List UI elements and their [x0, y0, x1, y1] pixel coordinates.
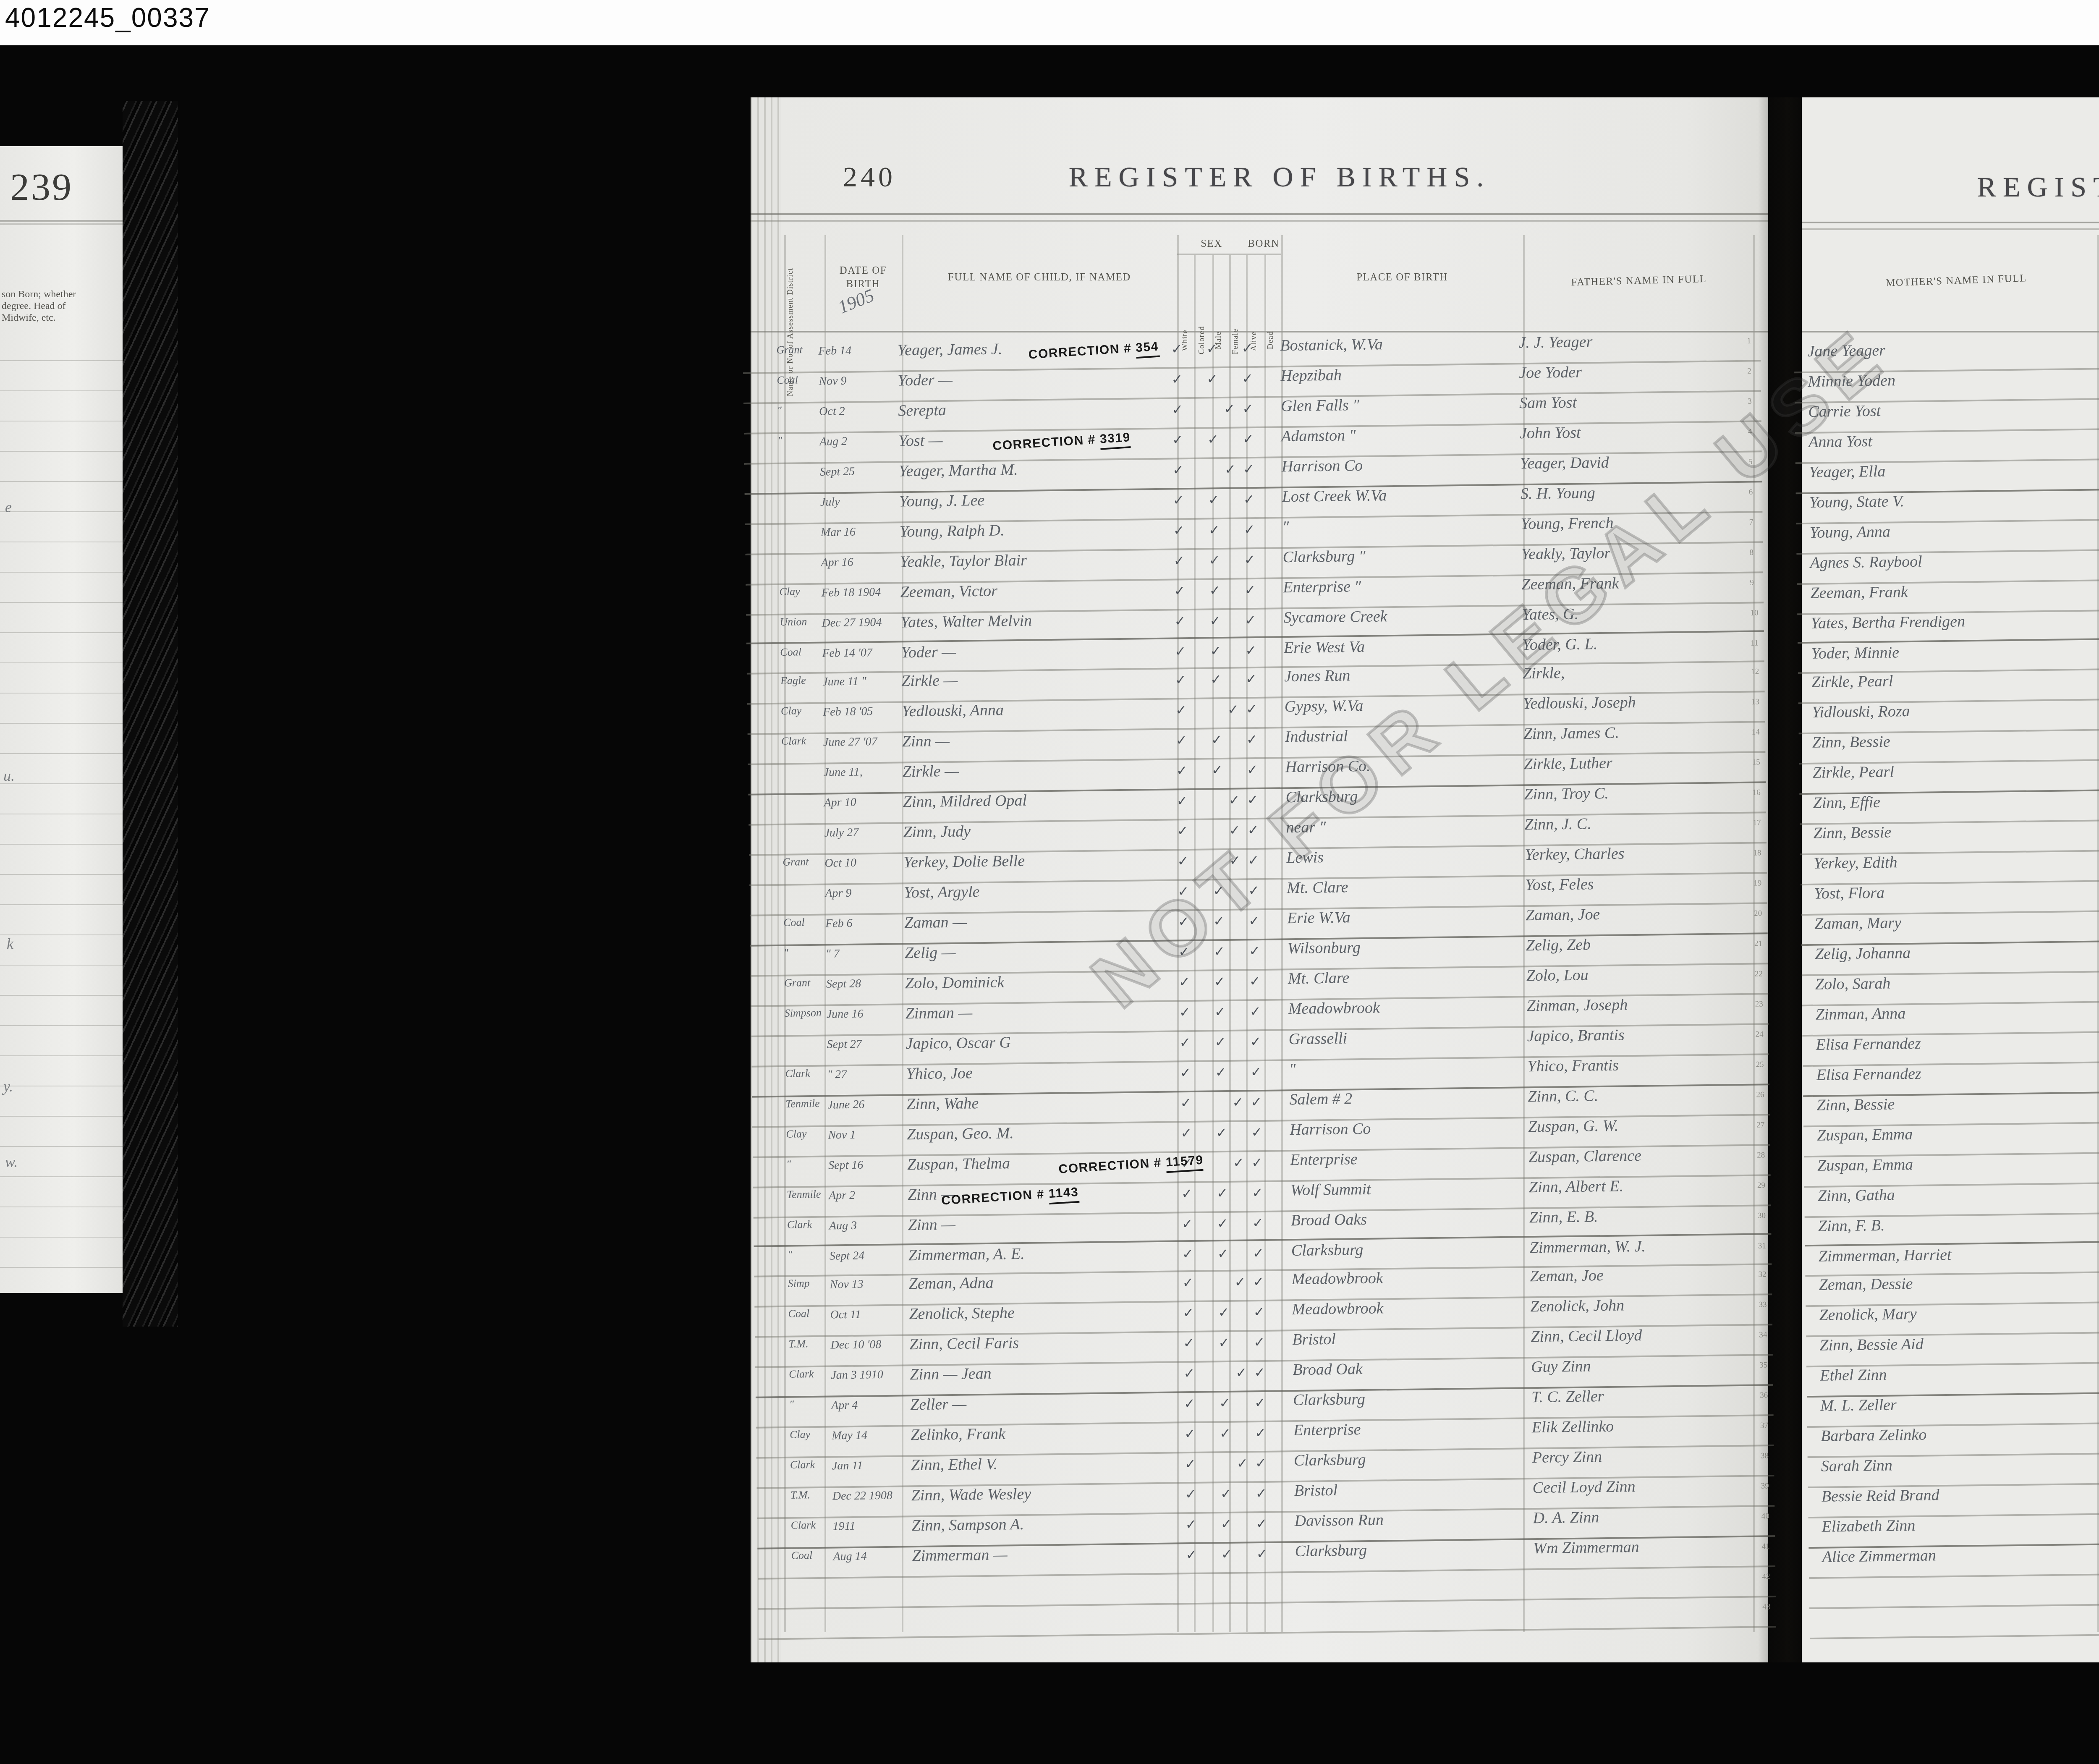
- district-cell: [782, 767, 822, 767]
- father-name-cell: Japico, Brantis: [1527, 1028, 1625, 1046]
- child-name-cell: Zinn, Wade Wesley: [911, 1487, 1031, 1505]
- birth-date-cell: Jan 3 1910: [831, 1369, 906, 1383]
- check-alive: ✓: [1252, 1215, 1264, 1230]
- check-alive: ✓: [1244, 552, 1255, 567]
- child-name-cell: Zinman —: [906, 1006, 973, 1023]
- district-cell: Coal: [791, 1550, 831, 1562]
- check-alive: ✓: [1250, 1034, 1261, 1049]
- district-cell: [778, 495, 819, 496]
- district-cell: T.M.: [790, 1490, 831, 1502]
- check-alive: ✓: [1251, 1094, 1262, 1110]
- column-header-date: DATE OF BIRTH: [824, 265, 902, 291]
- row-number: 10: [1750, 610, 1758, 618]
- check-alive: ✓: [1246, 733, 1258, 748]
- child-name-cell: Zinn —: [908, 1217, 955, 1234]
- handwriting-fragment: w.: [5, 1154, 18, 1170]
- child-name-cell: Zinn, Wahe: [906, 1096, 979, 1114]
- father-name-cell: Zuspan, Clarence: [1528, 1148, 1641, 1166]
- father-name-cell: Zinn, Cecil Lloyd: [1531, 1329, 1642, 1347]
- child-name-cell: Zelinko, Frank: [911, 1427, 1005, 1445]
- place-of-birth-cell: Clarksburg ″: [1282, 549, 1366, 566]
- check-white: ✓: [1186, 1547, 1197, 1562]
- district-cell: Coal: [783, 917, 824, 929]
- district-cell: Clark: [790, 1460, 830, 1472]
- child-name-cell: Zeeman, Victor: [900, 584, 997, 602]
- place-of-birth-cell: Glen Falls ″: [1281, 398, 1359, 416]
- district-cell: ″: [777, 435, 818, 447]
- how-many-cell: 1: [2097, 522, 2099, 537]
- place-of-birth-cell: Sycamore Creek: [1283, 609, 1387, 627]
- how-many-cell: 1: [2095, 371, 2099, 387]
- handwriting-fragment: e: [5, 499, 12, 516]
- check-male: ✓: [1220, 1426, 1231, 1442]
- birth-date-cell: ″ 27: [827, 1067, 903, 1081]
- check-alive: ✓: [1249, 944, 1260, 959]
- birth-date-cell: Sept 27: [827, 1037, 902, 1051]
- check-alive: ✓: [1256, 1516, 1267, 1531]
- check-male: ✓: [1216, 1125, 1227, 1140]
- father-name-cell: Zelig, Zeb: [1526, 938, 1591, 955]
- birth-date-cell: Oct 2: [819, 404, 895, 418]
- check-alive: ✓: [1246, 673, 1257, 688]
- check-white: ✓: [1186, 1517, 1197, 1532]
- birth-date-cell: Nov 13: [830, 1278, 906, 1292]
- check-white: ✓: [1171, 372, 1183, 387]
- check-male: ✓: [1209, 522, 1220, 537]
- district-cell: [779, 525, 819, 526]
- place-of-birth-cell: Broad Oaks: [1291, 1212, 1367, 1230]
- child-name-cell: Yerkey, Dolie Belle: [903, 854, 1025, 873]
- check-male: ✓: [1207, 372, 1218, 387]
- check-white: ✓: [1173, 462, 1184, 477]
- check-white: ✓: [1180, 1095, 1191, 1110]
- birth-date-cell: Feb 14: [818, 344, 894, 358]
- check-female: ✓: [1233, 1155, 1244, 1170]
- birth-date-cell: Dec 10 '08: [830, 1338, 906, 1353]
- child-name-cell: Zimmerman —: [912, 1548, 1007, 1566]
- handwriting-fragment: u.: [3, 767, 15, 784]
- father-name-cell: J. J. Yeager: [1518, 335, 1592, 353]
- correction-number: 11579: [1165, 1152, 1204, 1172]
- mother-name-cell: Zeman, Dessie: [1819, 1278, 1913, 1296]
- birth-date-cell: July: [820, 494, 896, 508]
- check-female: ✓: [1227, 703, 1239, 718]
- child-name-cell: Yates, Walter Melvin: [900, 613, 1032, 632]
- place-of-birth-cell: Clarksburg: [1295, 1544, 1367, 1561]
- place-of-birth-cell: Jones Run: [1284, 670, 1350, 687]
- check-white: ✓: [1173, 553, 1185, 568]
- check-alive: ✓: [1246, 703, 1257, 718]
- place-of-birth-cell: Lost Creek W.Va: [1282, 488, 1387, 506]
- header-fragment: Midwife, etc.: [2, 314, 56, 324]
- place-of-birth-cell: Bostanick, W.Va: [1280, 338, 1383, 356]
- district-cell: [791, 1580, 832, 1581]
- mother-name-cell: M. L. Zeller: [1820, 1399, 1897, 1416]
- scan-id-label: 4012245_00337: [5, 5, 210, 35]
- child-name-cell: Zinn, Ethel V.: [911, 1458, 998, 1476]
- district-cell: Grant: [783, 857, 823, 869]
- check-white: ✓: [1185, 1487, 1196, 1502]
- row-number: 11: [1751, 639, 1759, 648]
- check-white: ✓: [1176, 794, 1188, 809]
- handwriting-fragment: y.: [3, 1078, 13, 1095]
- check-white: ✓: [1176, 733, 1187, 749]
- place-of-birth-cell: Erie West Va: [1284, 639, 1365, 657]
- district-cell: Clay: [781, 706, 821, 718]
- column-header-mother: MOTHER'S NAME IN FULL: [1815, 270, 2098, 293]
- father-name-cell: Cecil Loyd Zinn: [1533, 1480, 1636, 1498]
- check-alive: ✓: [1250, 1004, 1261, 1019]
- check-female: ✓: [1237, 1456, 1248, 1471]
- check-male: ✓: [1207, 432, 1219, 447]
- mother-name-cell: Zinn, Bessie: [1816, 1097, 1895, 1115]
- birth-date-cell: [833, 1579, 909, 1580]
- district-cell: [792, 1610, 832, 1611]
- mother-name-cell: Yerkey, Edith: [1814, 856, 1897, 874]
- place-of-birth-cell: Clarksburg: [1294, 1453, 1366, 1471]
- birth-date-cell: Dec 22 1908: [832, 1489, 908, 1503]
- check-white: ✓: [1171, 342, 1182, 357]
- mother-name-cell: Bessie Reid Brand: [1822, 1489, 1939, 1507]
- column-header-born: BORN: [1246, 238, 1281, 251]
- mother-name-cell: Elisa Fernandez: [1816, 1067, 1921, 1085]
- correction-number: 1143: [1048, 1183, 1079, 1203]
- child-name-cell: Yost —: [898, 433, 943, 450]
- previous-page-number: 239: [10, 166, 73, 210]
- check-alive: ✓: [1243, 461, 1254, 476]
- mother-name-cell: Yeager, Ella: [1809, 464, 1886, 482]
- check-white: ✓: [1179, 1005, 1191, 1020]
- father-name-cell: Zinn, C. C.: [1528, 1089, 1598, 1106]
- mother-name-cell: Agnes S. Raybool: [1810, 554, 1922, 572]
- child-name-cell: Yost, Argyle: [904, 885, 980, 903]
- district-cell: ″: [789, 1400, 830, 1412]
- check-white: ✓: [1173, 492, 1184, 508]
- birth-date-cell: Jan 11: [832, 1459, 908, 1473]
- right-page-rows: Jane Yeager1O. T. BondPhysician1Minnie Y…: [1794, 330, 2099, 1638]
- check-alive: ✓: [1252, 1185, 1263, 1200]
- row-number: 9: [1750, 579, 1754, 588]
- mother-name-cell: Zimmerman, Harriet: [1819, 1247, 1952, 1266]
- row-number: 7: [1749, 519, 1754, 527]
- child-name-cell: Yoder —: [901, 644, 956, 662]
- district-cell: Union: [780, 616, 820, 628]
- how-many-cell: 1: [2095, 401, 2099, 417]
- check-alive: ✓: [1256, 1486, 1267, 1501]
- check-alive: ✓: [1244, 522, 1255, 537]
- birth-date-cell: ″ 7: [826, 946, 901, 961]
- mother-name-cell: Elizabeth Zinn: [1822, 1519, 1916, 1537]
- check-white: ✓: [1182, 1216, 1193, 1231]
- birth-date-cell: Feb 18 1904: [821, 585, 897, 599]
- birth-date-cell: Aug 14: [833, 1549, 908, 1563]
- film-header-bar: 4012245_00337: [0, 0, 2099, 45]
- check-white: ✓: [1172, 402, 1183, 417]
- district-cell: Coal: [777, 375, 817, 387]
- district-cell: Simpson: [785, 1008, 825, 1020]
- district-cell: Coal: [780, 646, 820, 658]
- check-white: ✓: [1184, 1397, 1195, 1412]
- correction-stamp: CORRECTION # 11579: [1058, 1152, 1204, 1176]
- place-of-birth-cell: Meadowbrook: [1288, 1001, 1380, 1019]
- check-male: ✓: [1214, 1005, 1226, 1020]
- child-name-cell: Zuspan, Geo. M.: [907, 1126, 1014, 1144]
- child-name-cell: Yoder —: [898, 373, 953, 391]
- check-alive: ✓: [1244, 582, 1256, 597]
- mother-name-cell: Zinn, Bessie: [1813, 826, 1891, 843]
- check-alive: ✓: [1250, 1064, 1261, 1079]
- column-header-place: PLACE OF BIRTH: [1281, 272, 1523, 285]
- check-alive: ✓: [1242, 401, 1254, 416]
- place-of-birth-cell: Bristol: [1294, 1484, 1338, 1501]
- birth-date-cell: Feb 14 '07: [822, 645, 898, 659]
- check-alive: ✓: [1253, 1275, 1264, 1290]
- mother-name-cell: Zinn, Bessie Aid: [1819, 1338, 1924, 1356]
- mother-name-cell: Zinman, Anna: [1816, 1007, 1906, 1025]
- check-male: ✓: [1221, 1547, 1232, 1562]
- father-name-cell: Joe Yoder: [1519, 365, 1582, 383]
- child-name-cell: Zeman, Adna: [908, 1277, 993, 1295]
- check-male: ✓: [1206, 341, 1217, 356]
- check-male: ✓: [1210, 673, 1222, 688]
- father-name-cell: Zinman, Joseph: [1526, 998, 1628, 1016]
- page-title: REGISTER OF BIRTHS.: [1903, 171, 2099, 205]
- birth-date-cell: Apr 4: [831, 1398, 907, 1413]
- father-name-cell: Zeman, Joe: [1530, 1269, 1604, 1287]
- how-many-cell: 1: [2096, 431, 2099, 447]
- check-male: ✓: [1214, 974, 1225, 989]
- place-of-birth-cell: Grasselli: [1288, 1031, 1347, 1049]
- child-name-cell: Zirkle —: [901, 674, 958, 692]
- check-male: ✓: [1218, 1336, 1230, 1351]
- birth-date-cell: Apr 2: [829, 1188, 904, 1202]
- birth-date-cell: Sept 28: [826, 976, 902, 991]
- district-cell: [782, 797, 822, 797]
- child-name-cell: Zinn, Mildred Opal: [903, 794, 1027, 813]
- district-cell: [785, 1038, 825, 1038]
- birth-date-cell: Feb 6: [825, 916, 901, 931]
- child-name-cell: Yeager, Martha M.: [899, 463, 1018, 481]
- birth-date-cell: Aug 2: [819, 434, 895, 448]
- child-name-cell: Yedlouski, Anna: [902, 704, 1004, 722]
- page-title: REGISTER OF BIRTHS.: [952, 161, 1607, 195]
- father-name-cell: Sam Yost: [1519, 395, 1577, 413]
- check-alive: ✓: [1243, 431, 1254, 446]
- birth-date-cell: July 27: [824, 826, 900, 840]
- birth-date-cell: May 14: [832, 1429, 907, 1443]
- mother-name-cell: Sarah Zinn: [1821, 1459, 1892, 1476]
- father-name-cell: Yedlouski, Joseph: [1523, 696, 1636, 714]
- check-alive: ✓: [1251, 1125, 1262, 1140]
- check-male: ✓: [1217, 1185, 1228, 1200]
- check-white: ✓: [1177, 824, 1188, 839]
- place-of-birth-cell: Enterprise ″: [1283, 579, 1361, 597]
- how-many-cell: 1: [2096, 492, 2099, 507]
- district-cell: [783, 887, 823, 887]
- birth-date-cell: June 16: [827, 1007, 902, 1021]
- check-alive: ✓: [1253, 1245, 1264, 1260]
- father-name-cell: Zinn, Troy C.: [1524, 787, 1609, 805]
- district-cell: [779, 555, 819, 556]
- mother-name-cell: Zelig, Johanna: [1815, 946, 1911, 964]
- child-name-cell: Serepta: [898, 403, 946, 421]
- district-cell: ″: [777, 405, 817, 417]
- check-white: ✓: [1181, 1186, 1193, 1201]
- father-name-cell: John Yost: [1520, 426, 1581, 443]
- birth-date-cell: Sept 24: [830, 1248, 905, 1262]
- mother-name-cell: Yidlouski, Roza: [1812, 705, 1910, 723]
- father-name-cell: Zolo, Lou: [1526, 968, 1589, 986]
- district-cell: [778, 465, 818, 466]
- place-of-birth-cell: Wilsonburg: [1288, 941, 1361, 958]
- place-of-birth-cell: Salem # 2: [1289, 1091, 1352, 1109]
- place-of-birth-cell: Harrison Co: [1282, 458, 1363, 476]
- father-name-cell: Yhico, Frantis: [1527, 1058, 1619, 1076]
- mother-name-cell: Yates, Bertha Frendigen: [1811, 614, 1965, 633]
- check-male: ✓: [1209, 582, 1220, 597]
- row-number: 1: [1747, 338, 1751, 347]
- birth-date-cell: [834, 1610, 909, 1610]
- birth-date-cell: Apr 9: [825, 886, 900, 900]
- birth-date-cell: June 27 '07: [823, 735, 899, 750]
- book-cover-edge: [123, 101, 178, 1327]
- birth-date-cell: Dec 27 1904: [822, 615, 897, 629]
- father-name-cell: Zaman, Joe: [1526, 908, 1600, 925]
- check-alive: ✓: [1255, 1456, 1267, 1471]
- child-name-cell: Yhico, Joe: [906, 1066, 973, 1084]
- mother-name-cell: Yost, Flora: [1814, 886, 1884, 904]
- district-cell: Clark: [789, 1369, 829, 1382]
- child-name-cell: Zirkle —: [903, 765, 959, 783]
- birth-date-cell: Oct 10: [824, 856, 900, 870]
- birth-date-cell: Mar 16: [821, 524, 896, 539]
- father-name-cell: Yeager, David: [1520, 455, 1609, 474]
- child-name-cell: Zinn —: [902, 735, 950, 752]
- mother-name-cell: Zinn, F. B.: [1818, 1218, 1885, 1235]
- check-male: ✓: [1214, 1034, 1226, 1050]
- father-name-cell: Zuspan, G. W.: [1528, 1118, 1619, 1136]
- mother-name-cell: Zinn, Effie: [1813, 796, 1880, 814]
- mother-name-cell: Zuspan, Emma: [1817, 1127, 1913, 1145]
- place-of-birth-cell: Wolf Summit: [1290, 1182, 1371, 1199]
- check-white: ✓: [1174, 613, 1186, 628]
- check-male: ✓: [1221, 1517, 1232, 1532]
- handwriting-fragment: k: [7, 935, 13, 952]
- mother-name-cell: Zinn, Bessie: [1812, 735, 1890, 753]
- mother-name-cell: Zolo, Sarah: [1815, 976, 1891, 994]
- father-name-cell: S. H. Young: [1521, 486, 1596, 503]
- check-white: ✓: [1180, 1065, 1191, 1080]
- check-male: ✓: [1219, 1396, 1230, 1411]
- check-white: ✓: [1185, 1457, 1196, 1472]
- check-male: ✓: [1220, 1487, 1232, 1502]
- correction-number: 3319: [1099, 429, 1131, 449]
- child-name-cell: Zelig —: [905, 946, 956, 963]
- father-name-cell: Guy Zinn: [1531, 1360, 1591, 1378]
- check-white: ✓: [1175, 704, 1187, 719]
- place-of-birth-cell: Enterprise: [1293, 1423, 1361, 1441]
- check-white: ✓: [1174, 583, 1185, 598]
- father-name-cell: Zinn, J. C.: [1524, 817, 1591, 835]
- check-male: ✓: [1208, 492, 1220, 507]
- check-alive: ✓: [1256, 1547, 1267, 1562]
- birth-date-cell: Apr 10: [824, 796, 899, 810]
- mother-name-cell: Zuspan, Emma: [1817, 1157, 1913, 1175]
- child-name-cell: Zaman —: [904, 916, 967, 933]
- mother-name-cell: Ethel Zinn: [1820, 1369, 1887, 1386]
- child-name-cell: Japico, Oscar G: [906, 1036, 1011, 1054]
- check-alive: ✓: [1254, 1396, 1266, 1411]
- mother-name-cell: Zenolick, Mary: [1819, 1308, 1917, 1326]
- child-name-cell: Zinn — Jean: [910, 1367, 992, 1385]
- district-cell: ″: [784, 947, 824, 960]
- place-of-birth-cell: Clarksburg: [1291, 1242, 1364, 1260]
- check-alive: ✓: [1253, 1305, 1264, 1320]
- check-white: ✓: [1179, 1035, 1191, 1050]
- birth-date-cell: Aug 3: [829, 1218, 905, 1232]
- place-of-birth-cell: Harrison Co: [1290, 1122, 1371, 1139]
- check-male: ✓: [1212, 763, 1223, 778]
- check-male: ✓: [1210, 643, 1221, 658]
- how-many-cell: 1: [2096, 461, 2099, 477]
- header-fragment: son Born; whether: [2, 291, 76, 301]
- place-of-birth-cell: ″: [1289, 1062, 1296, 1079]
- father-name-cell: D. A. Zinn: [1533, 1510, 1599, 1528]
- mother-name-cell: Zaman, Mary: [1814, 916, 1901, 934]
- correction-stamp: CORRECTION # 1143: [941, 1183, 1079, 1207]
- check-white: ✓: [1180, 1125, 1192, 1141]
- father-name-cell: Yost, Feles: [1525, 878, 1594, 895]
- check-white: ✓: [1176, 764, 1188, 779]
- column-header-child: FULL NAME OF CHILD, IF NAMED: [902, 272, 1177, 285]
- microfilm-scan: 4012245_00337 239 son Born; whether degr…: [0, 0, 2099, 1764]
- mother-name-cell: Elisa Fernandez: [1816, 1036, 1921, 1055]
- place-of-birth-cell: Meadowbrook: [1292, 1302, 1384, 1320]
- place-of-birth-cell: Erie W.Va: [1287, 911, 1350, 929]
- father-name-cell: Zinn, Albert E.: [1529, 1179, 1624, 1197]
- birth-date-cell: Nov 1: [828, 1127, 903, 1141]
- divider: [0, 223, 123, 225]
- place-of-birth-cell: Davisson Run: [1294, 1513, 1384, 1531]
- child-name-cell: Yeakle, Taylor Blair: [900, 553, 1027, 571]
- district-cell: Simp: [788, 1279, 828, 1291]
- birth-date-cell: Oct 11: [830, 1308, 906, 1322]
- correction-stamp: CORRECTION # 3319: [992, 429, 1131, 453]
- check-alive: ✓: [1251, 1154, 1263, 1170]
- district-cell: Tenmile: [787, 1188, 827, 1201]
- mother-name-cell: Young, State V.: [1809, 494, 1904, 512]
- father-name-cell: T. C. Zeller: [1531, 1390, 1604, 1408]
- previous-page-strip: 239 son Born; whether degree. Head of Mi…: [0, 146, 123, 1293]
- check-female: ✓: [1228, 793, 1240, 809]
- mother-name-cell: Barbara Zelinko: [1821, 1428, 1927, 1446]
- check-white: ✓: [1183, 1336, 1194, 1351]
- column-header-father: FATHER'S NAME IN FULL: [1523, 272, 1755, 291]
- how-many-cell: 1: [2097, 552, 2099, 568]
- mother-name-cell: Alice Zimmerman: [1822, 1549, 1936, 1567]
- father-name-cell: Zenolick, John: [1530, 1299, 1624, 1317]
- register-book: 240 REGISTER OF BIRTHS. Name or No. of A…: [751, 97, 2099, 1662]
- child-name-cell: Zuspan, Thelma: [907, 1156, 1010, 1174]
- district-cell: Tenmile: [785, 1098, 826, 1110]
- check-white: ✓: [1182, 1276, 1193, 1291]
- district-cell: Clark: [781, 736, 822, 749]
- birth-date-cell: June 11,: [824, 766, 899, 780]
- check-male: ✓: [1209, 552, 1220, 568]
- birth-date-cell: Apr 16: [821, 555, 896, 569]
- father-name-cell: Zimmerman, W. J.: [1530, 1239, 1646, 1257]
- correction-number: 354: [1135, 339, 1159, 358]
